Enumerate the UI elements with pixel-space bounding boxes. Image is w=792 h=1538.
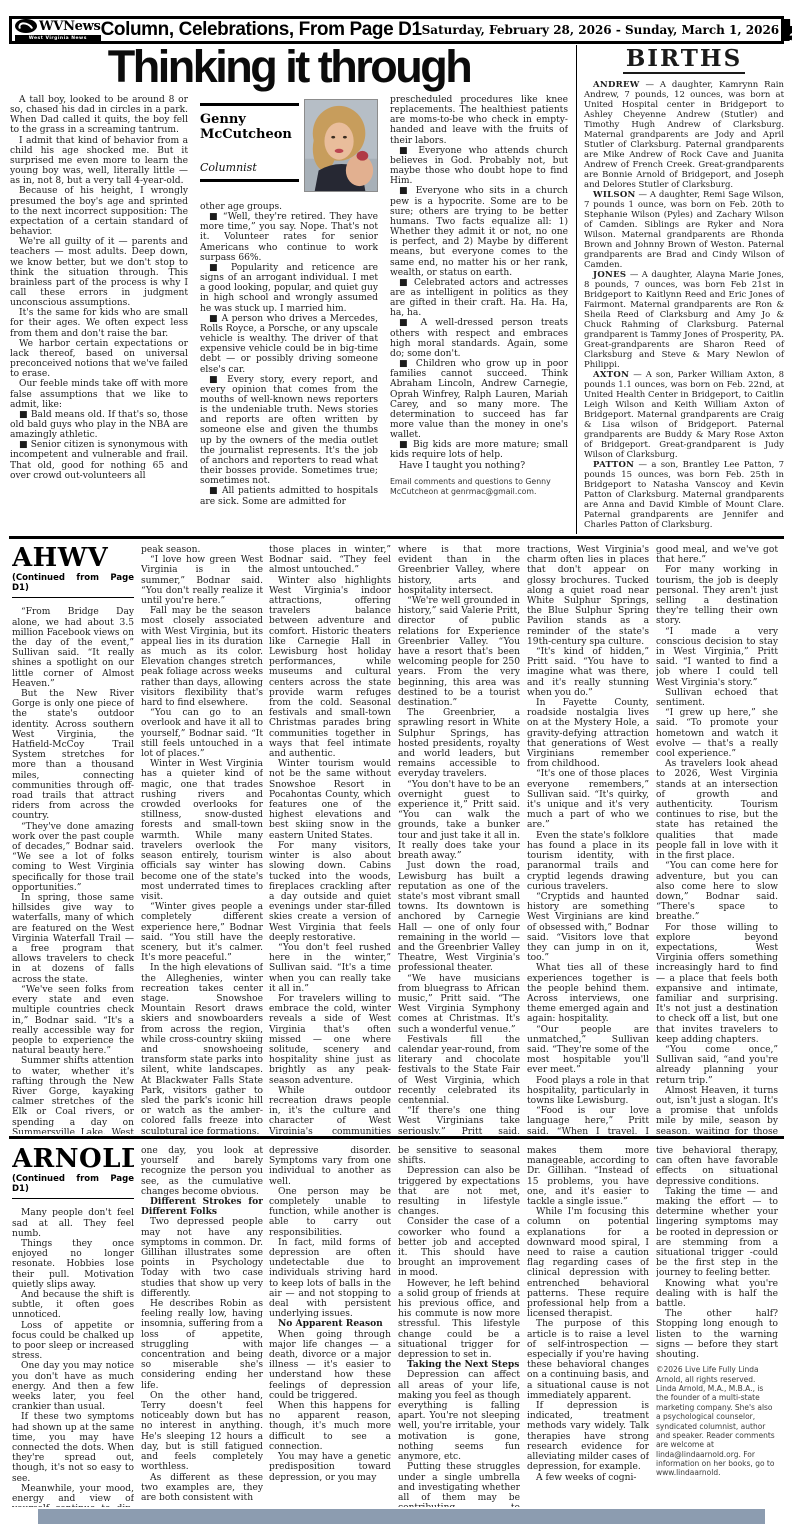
article-paragraph: “It's kind of hidden,” Pritt said. “You … <box>527 647 649 698</box>
main-headline: Thinking it through <box>10 46 568 89</box>
article-paragraph: Summer shifts attention to water, whethe… <box>12 1056 134 1134</box>
columnist-name: Genny McCutcheon <box>200 113 299 143</box>
arnold-column-2: one day, you look at yourself and barely… <box>141 1146 263 1507</box>
article-paragraph: Email comments and questions to Genny Mc… <box>390 477 568 498</box>
article-paragraph: “You don't feel rushed here in the winte… <box>269 943 391 994</box>
columnist-role: Columnist <box>200 162 299 173</box>
birth-text: — A daughter, Alayna Marie Jones, 8 poun… <box>584 270 784 370</box>
wvnews-logo-mark-icon <box>15 19 37 33</box>
article-paragraph: one day, you look at yourself and barely… <box>141 1146 263 1197</box>
ahwv-column-1: AHWV (Continued from Page D1) “From Brid… <box>12 545 134 1134</box>
article-paragraph: As different as these two examples are, … <box>141 1473 263 1504</box>
article-paragraph: Knowing what you're dealing with is half… <box>656 1279 778 1310</box>
article-paragraph: I admit that kind of behavior from a chi… <box>10 136 188 187</box>
article-paragraph: those places in winter,” Bodnar said. “T… <box>269 545 391 576</box>
article-paragraph: prescheduled procedures like knee replac… <box>390 95 568 146</box>
ahwv-column-1-text: “From Bridge Day alone, we had about 3.5… <box>12 607 134 1134</box>
article-paragraph: We harbor certain expectations or lack t… <box>10 339 188 380</box>
article-paragraph: The Greenbrier, a sprawling resort in Wh… <box>398 708 520 779</box>
article-paragraph: Our feeble minds take off with more fals… <box>10 379 188 409</box>
article-paragraph: You may have a genetic predisposition to… <box>269 1452 391 1483</box>
article-paragraph: On the other hand, Terry doesn't feel no… <box>141 1391 263 1473</box>
article-paragraph: “I made a very conscious decision to sta… <box>656 627 778 688</box>
article-column-1: A tall boy, looked to be around 8 or so,… <box>10 95 188 533</box>
article-paragraph: When going through major life changes — … <box>269 1330 391 1401</box>
arnold-column-3: depressive disorder. Symptoms vary from … <box>269 1146 391 1507</box>
ahwv-column-5: tractions, West Virginia's charm often l… <box>527 545 649 1134</box>
article-paragraph: If these two symptoms had shown up at th… <box>12 1412 134 1483</box>
byline-box: Genny McCutcheon Columnist <box>200 99 378 197</box>
masthead: WVNews West Virginia News Column, Celebr… <box>9 16 784 44</box>
article-paragraph: In fact, mild forms of depression are of… <box>269 1238 391 1320</box>
article-paragraph: ■ Children who grow up in poor families … <box>390 359 568 440</box>
article-paragraph: “We're well grounded in history,” said V… <box>398 596 520 708</box>
article-paragraph: “You can come here for adventure, but yo… <box>656 861 778 922</box>
article-paragraph: Sullivan echoed that sentiment. <box>656 688 778 708</box>
article-paragraph: “You don't have to be an overnight guest… <box>398 780 520 862</box>
wvnews-logo: WVNews West Virginia News <box>15 19 101 42</box>
article-paragraph: ■ Celebrated actors and actresses are as… <box>390 278 568 319</box>
article-paragraph: “Our people are unmatched,” Sullivan sai… <box>527 1025 649 1076</box>
footer-ad-strip <box>38 1509 765 1524</box>
arnold-column-6: tive behavioral therapy, can often have … <box>656 1146 778 1507</box>
birth-surname: PATTON <box>593 460 634 470</box>
columnist-photo-illustration <box>305 100 377 191</box>
births-entries: ANDREW — A daughter, Kamrynn Rain Andrew… <box>584 80 784 530</box>
edition-date: Saturday, February 28, 2026 - Sunday, Ma… <box>422 23 780 37</box>
article-paragraph: The other half? Stopping long enough to … <box>656 1309 778 1360</box>
article-paragraph: ■ Senior citizen is synonymous with inco… <box>10 440 188 481</box>
wvnews-logo-row: WVNews <box>15 19 101 34</box>
article-paragraph: What ties all of these experiences toget… <box>527 963 649 1024</box>
article-paragraph: tive behavioral therapy, can often have … <box>656 1146 778 1187</box>
article-paragraph: While I'm focusing this column on potent… <box>527 1207 649 1319</box>
arnold-column-1-text: Many people don't feel sad at all. They … <box>12 1208 134 1507</box>
article-paragraph: tractions, West Virginia's charm often l… <box>527 545 649 647</box>
article-paragraph: “From Bridge Day alone, we had about 3.5… <box>12 607 134 689</box>
article-paragraph: But the New River Gorge is only one piec… <box>12 689 134 822</box>
article-paragraph: In Fayette County, roadside nostalgia li… <box>527 698 649 769</box>
article-paragraph: ■ A person who drives a Mercedes, Rolls … <box>200 314 378 375</box>
article-paragraph: Depression can also be triggered by expe… <box>398 1166 520 1217</box>
article-paragraph: One person may be completely unable to f… <box>269 1187 391 1238</box>
article-paragraph: ■ Bald means old. If that's so, those ol… <box>10 410 188 440</box>
article-paragraph: “Cryptids and haunted history are someth… <box>527 892 649 963</box>
article-paragraph: When this happens for no apparent reason… <box>269 1401 391 1452</box>
article-paragraph: In spring, those same hillsides give way… <box>12 893 134 985</box>
article-paragraph: “I love how green West Virginia is in th… <box>141 555 263 606</box>
article-paragraph: Almost Heaven, it turns out, isn't just … <box>656 1086 778 1134</box>
article-paragraph: For many working in tourism, the job is … <box>656 565 778 626</box>
newspaper-page: WVNews West Virginia News Column, Celebr… <box>0 0 792 1538</box>
ahwv-jump-head: AHWV (Continued from Page D1) <box>12 545 134 598</box>
article-paragraph: ■ Big kids are more mature; small kids r… <box>390 440 568 460</box>
article-paragraph: If depression is indicated, treatment me… <box>527 1401 649 1472</box>
article-paragraph: “We have musicians from bluegrass to Afr… <box>398 974 520 1035</box>
article-paragraph: be sensitive to seasonal shifts. <box>398 1146 520 1166</box>
article-paragraph: No Apparent Reason <box>269 1319 391 1329</box>
article-paragraph: Festivals fill the calendar year-round, … <box>398 1035 520 1106</box>
article-paragraph: ■ All patients admitted to hospitals are… <box>200 486 378 506</box>
article-paragraph: While outdoor recreation draws people in… <box>269 1086 391 1134</box>
brand-subtitle: West Virginia News <box>15 35 101 42</box>
article-paragraph: As travelers look ahead to 2026, West Vi… <box>656 759 778 861</box>
article-paragraph: ■ Everyone who attends church believes i… <box>390 146 568 187</box>
byline-text-block: Genny McCutcheon Columnist <box>200 103 299 182</box>
arnold-title: ARNOLD <box>12 1146 134 1172</box>
article-paragraph: Even the state's folklore has found a pl… <box>527 831 649 892</box>
article-paragraph: Winter also highlights West Virginia's i… <box>269 576 391 760</box>
arnold-jump-head: ARNOLD (Continued from Page D1) <box>12 1146 134 1199</box>
birth-surname: AXTON <box>593 370 629 380</box>
article-paragraph: For travelers willing to embrace the col… <box>269 994 391 1086</box>
article-paragraph: Meanwhile, your mood, energy and view of… <box>12 1484 134 1507</box>
article-paragraph: good meal, and we've got that here.” <box>656 545 778 565</box>
article-paragraph: Loss of appetite or focus could be chalk… <box>12 1321 134 1362</box>
section-divider-rule <box>9 1136 784 1139</box>
article-paragraph: “Food is our love language here,” Pritt … <box>527 1106 649 1134</box>
birth-entry: ANDREW — A daughter, Kamrynn Rain Andrew… <box>584 80 784 190</box>
article-paragraph: Winter in West Virginia has a quieter ki… <box>141 759 263 902</box>
birth-surname: ANDREW <box>593 80 640 90</box>
article-paragraph: Putting these struggles under a single u… <box>398 1462 520 1507</box>
births-title: BIRTHS <box>623 47 745 74</box>
article-paragraph: ■ A well-dressed person treats others wi… <box>390 318 568 359</box>
byline-rule-top <box>200 103 299 106</box>
births-section: BIRTHS ANDREW — A daughter, Kamrynn Rain… <box>584 47 784 530</box>
birth-text: — A son, Parker William Axton, 8 pounds … <box>584 370 784 460</box>
article-paragraph: ■ Every story, every report, and every o… <box>200 375 378 487</box>
article-paragraph: where is that more evident than in the G… <box>398 545 520 596</box>
arnold-continued-line: (Continued from Page D1) <box>12 1174 134 1194</box>
article-paragraph: For many visitors, winter is also about … <box>269 841 391 943</box>
article-paragraph: Food plays a role in that hospitality, p… <box>527 1076 649 1107</box>
page-number-badge: D 3 <box>784 19 792 41</box>
article-paragraph: “They've done amazing work over the past… <box>12 822 134 893</box>
arnold-column-1: ARNOLD (Continued from Page D1) Many peo… <box>12 1146 134 1507</box>
arnold-column-5: makes them more manageable, according to… <box>527 1146 649 1507</box>
birth-surname: WILSON <box>593 190 636 200</box>
article-paragraph: ■ “Well, they're retired. They have more… <box>200 212 378 263</box>
birth-text: — A daughter, Kamrynn Rain Andrew, 7 pou… <box>584 80 784 190</box>
article-paragraph: It's the same for kids who are small for… <box>10 308 188 338</box>
birth-entry: JONES — A daughter, Alayna Marie Jones, … <box>584 270 784 370</box>
article-paragraph: And because the shift is subtle, it ofte… <box>12 1290 134 1321</box>
article-paragraph: ©2026 Live Life Fully Linda Arnold, all … <box>656 1365 778 1478</box>
birth-surname: JONES <box>593 270 626 280</box>
birth-text: — A daughter, Remi Sage Wilson, 7 pounds… <box>584 190 784 270</box>
article-paragraph: Just down the road, Lewisburg has built … <box>398 861 520 973</box>
section-banner-title: Column, Celebrations, From Page D1 <box>101 19 422 41</box>
article-paragraph: However, he left behind a solid group of… <box>398 1279 520 1361</box>
article-paragraph: The purpose of this article is to raise … <box>527 1319 649 1401</box>
article-paragraph: “Winter gives people a completely differ… <box>141 902 263 963</box>
article-column-2: other age groups.■ “Well, they're retire… <box>200 202 378 533</box>
ahwv-column-3: those places in winter,” Bodnar said. “T… <box>269 545 391 1134</box>
article-column-3: prescheduled procedures like knee replac… <box>390 95 568 533</box>
article-paragraph: Many people don't feel sad at all. They … <box>12 1208 134 1239</box>
article-paragraph: He describes Robin as feeling really low… <box>141 1299 263 1391</box>
article-paragraph: “I grew up here,” she said. “To promote … <box>656 708 778 759</box>
article-paragraph: depressive disorder. Symptoms vary from … <box>269 1146 391 1187</box>
birth-entry: PATTON — a son, Brantley Lee Patton, 7 p… <box>584 460 784 530</box>
article-paragraph: A tall boy, looked to be around 8 or so,… <box>10 95 188 136</box>
article-paragraph: ■ Popularity and reticence are signs of … <box>200 263 378 314</box>
article-paragraph: We're all guilty of it — parents and tea… <box>10 237 188 308</box>
article-paragraph: Things they once enjoyed no longer reson… <box>12 1239 134 1290</box>
article-paragraph: Different Strokes for Different Folks <box>141 1197 263 1217</box>
article-paragraph: other age groups. <box>200 202 378 212</box>
arnold-column-4: be sensitive to seasonal shifts.Depressi… <box>398 1146 520 1507</box>
article-paragraph: For those willing to explore beyond expe… <box>656 923 778 1045</box>
article-paragraph: Taking the Next Steps <box>398 1360 520 1370</box>
article-paragraph: makes them more manageable, according to… <box>527 1146 649 1207</box>
birth-entry: WILSON — A daughter, Remi Sage Wilson, 7… <box>584 190 784 270</box>
birth-entry: AXTON — A son, Parker William Axton, 8 p… <box>584 370 784 460</box>
article-paragraph: Consider the case of a coworker who foun… <box>398 1217 520 1278</box>
brand-name: WVNews <box>39 19 101 34</box>
ahwv-column-6: good meal, and we've got that here.”For … <box>656 545 778 1134</box>
ahwv-column-2: peak season.“I love how green West Virgi… <box>141 545 263 1134</box>
vertical-divider <box>576 45 577 534</box>
article-paragraph: ■ Everyone who sits in a church pew is a… <box>390 186 568 277</box>
article-paragraph: Two depressed people may not have any sy… <box>141 1217 263 1299</box>
article-paragraph: “If there's one thing West Virginians ta… <box>398 1106 520 1134</box>
article-paragraph: “You can go to an overlook and have it a… <box>141 708 263 759</box>
article-paragraph: peak season. <box>141 545 263 555</box>
article-paragraph: Fall may be the season most closely asso… <box>141 606 263 708</box>
ahwv-column-4: where is that more evident than in the G… <box>398 545 520 1134</box>
logo-swoosh-icon <box>16 20 35 33</box>
article-paragraph: Because of his height, I wrongly presume… <box>10 186 188 237</box>
article-paragraph: One day you may notice you don't have as… <box>12 1361 134 1412</box>
article-paragraph: In the high elevations of the Alleghenie… <box>141 963 263 1134</box>
article-paragraph: Have I taught you nothing? <box>390 461 568 471</box>
birth-text: — a son, Brantley Lee Patton, 7 pounds 1… <box>584 460 784 530</box>
article-paragraph: “It's one of those places everyone remem… <box>527 769 649 830</box>
byline-rule-bottom <box>200 179 299 182</box>
columnist-photo <box>304 99 378 192</box>
ahwv-continued-line: (Continued from Page D1) <box>12 573 134 593</box>
section-divider-rule <box>9 536 784 539</box>
article-paragraph: Winter tourism would not be the same wit… <box>269 759 391 841</box>
article-paragraph: “You come once,” Sullivan said, “and you… <box>656 1045 778 1086</box>
ahwv-title: AHWV <box>12 545 134 571</box>
article-paragraph: Depression can affect all areas of your … <box>398 1370 520 1462</box>
article-paragraph: “We've seen folks from every state and e… <box>12 985 134 1056</box>
article-paragraph: A few weeks of cogni- <box>527 1473 649 1483</box>
article-paragraph: Taking the time — and making the effort … <box>656 1187 778 1279</box>
